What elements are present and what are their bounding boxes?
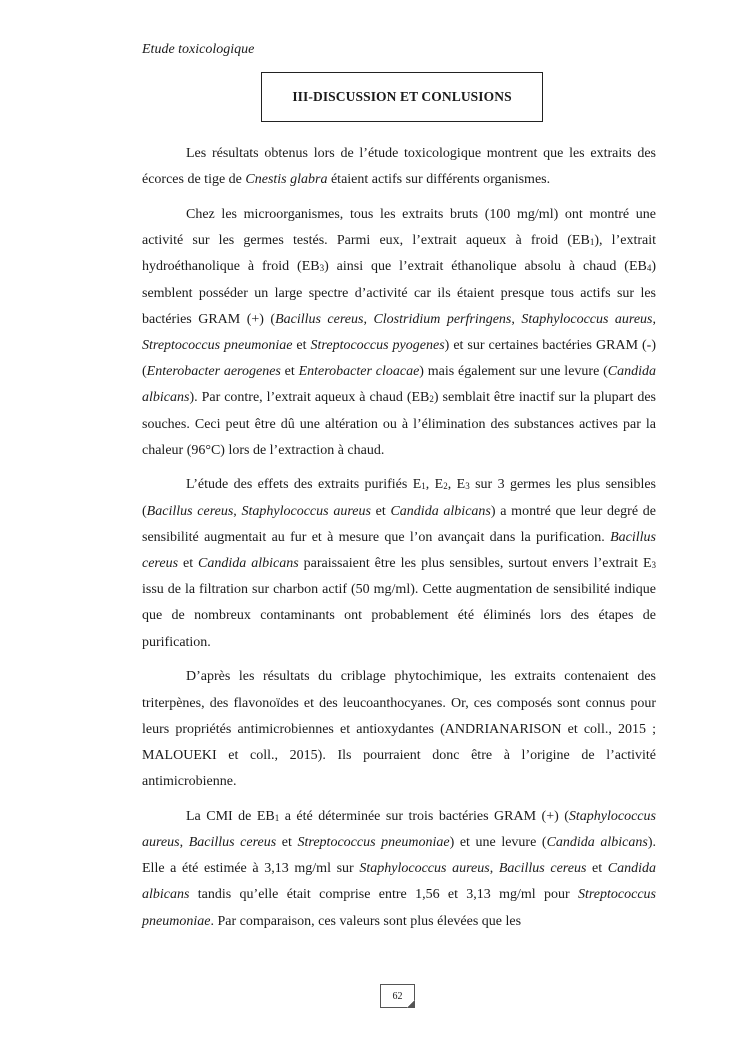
page-curl-icon <box>407 1000 415 1008</box>
page-number: 62 <box>393 991 403 1002</box>
page-number-box: 62 <box>380 984 415 1008</box>
section-title: III-DISCUSSION ET CONLUSIONS <box>292 89 511 105</box>
paragraph-cmi: La CMI de EB1 a été déterminée sur trois… <box>142 804 656 935</box>
paragraph-phytochemical: D’après les résultats du criblage phytoc… <box>142 664 656 795</box>
running-header: Etude toxicologique <box>142 42 254 58</box>
paragraph-purified-extracts: L’étude des effets des extraits purifiés… <box>142 472 656 655</box>
body-text: Les résultats obtenus lors de l’étude to… <box>142 141 656 943</box>
section-title-box: III-DISCUSSION ET CONLUSIONS <box>261 72 543 122</box>
paragraph-intro: Les résultats obtenus lors de l’étude to… <box>142 141 656 193</box>
paragraph-crude-extracts: Chez les microorganismes, tous les extra… <box>142 202 656 464</box>
